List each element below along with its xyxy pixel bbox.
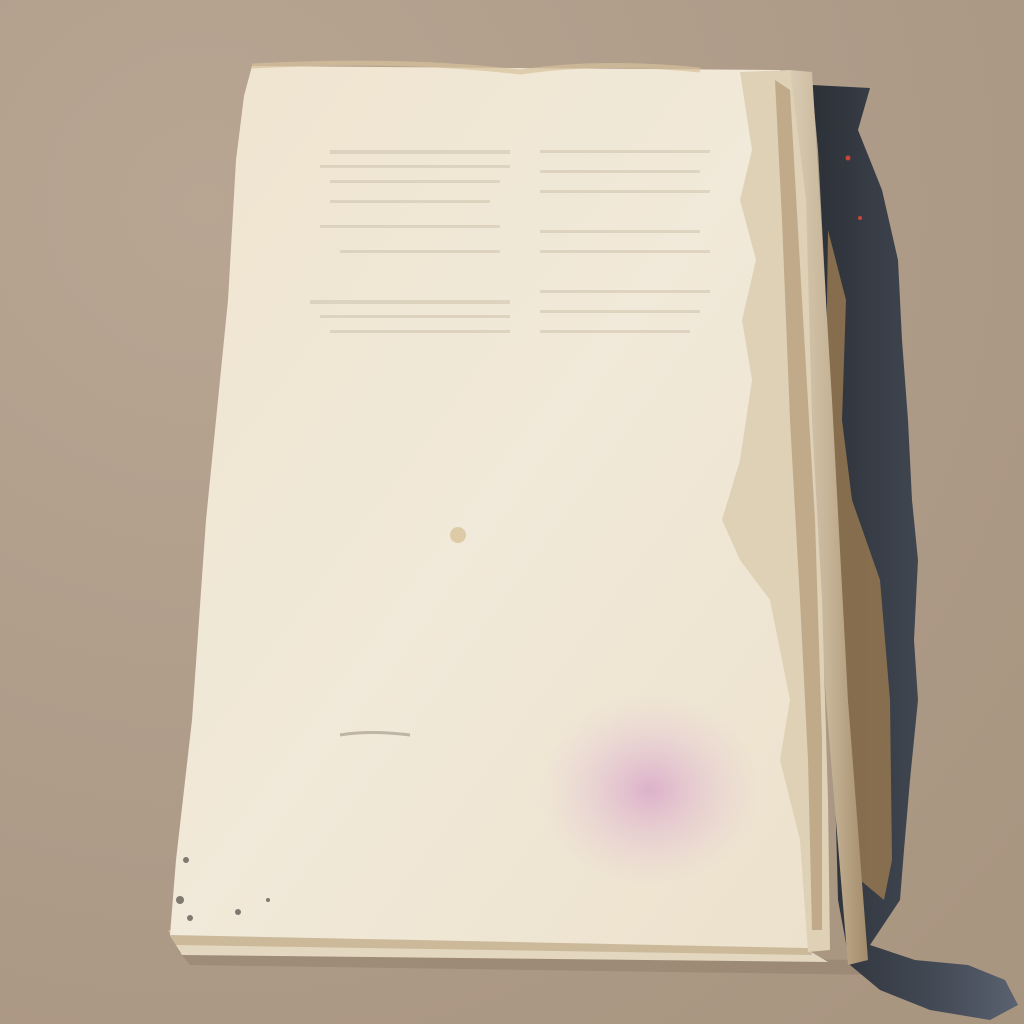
pink-stain: [540, 695, 760, 885]
old-book: [0, 0, 1024, 1024]
kraft-paper-background: [0, 0, 1024, 1024]
